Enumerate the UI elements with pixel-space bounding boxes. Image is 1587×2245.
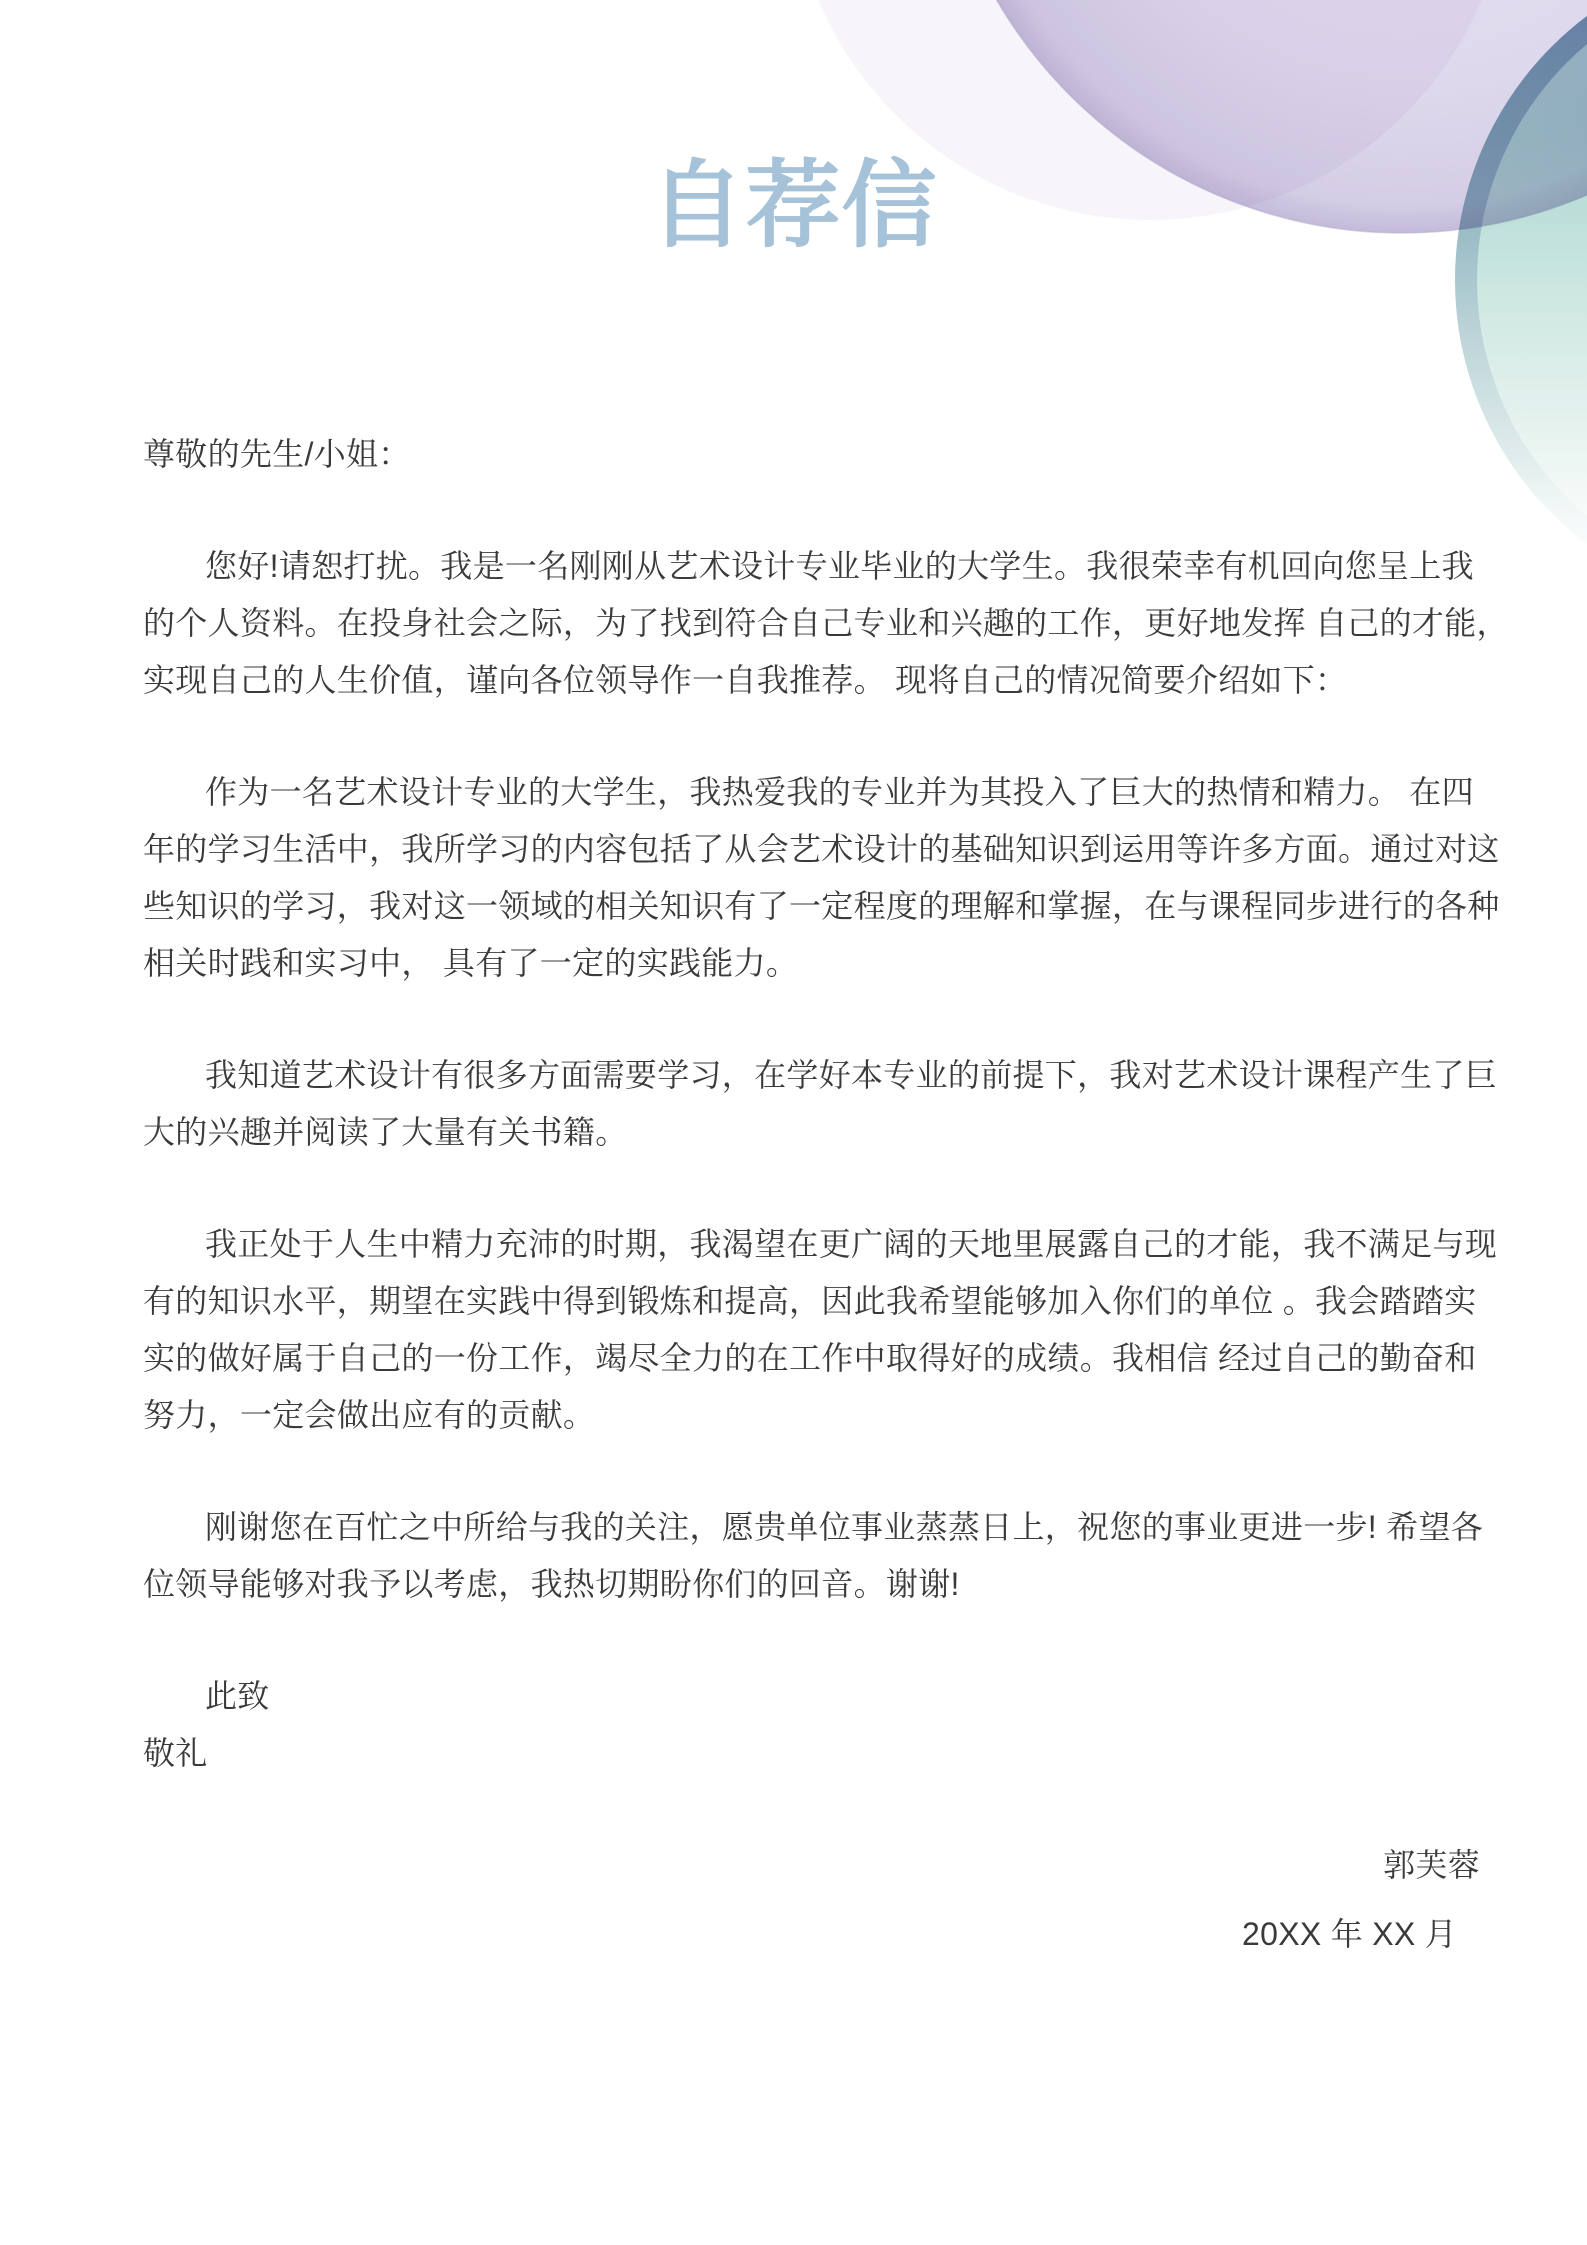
paragraph-line: 有的知识水平，期望在实践中得到锻炼和提高，因此我希望能够加入你们的单位 。我会踏… [143, 1273, 1480, 1330]
paragraph-line: 实现自己的人生价值，谨向各位领导作一自我推荐。 现将自己的情况简要介绍如下： [143, 652, 1480, 709]
paragraph-line: 我正处于人生中精力充沛的时期，我渴望在更广阔的天地里展露自己的才能，我不满足与现 [143, 1216, 1480, 1273]
teal-circle-rim [1466, 0, 1587, 599]
paragraph-line: 年的学习生活中，我所学习的内容包括了从会艺术设计的基础知识到运用等许多方面。通过… [143, 821, 1480, 878]
signature-name: 郭芙蓉 [143, 1837, 1480, 1894]
paragraph-line: 作为一名艺术设计专业的大学生，我热爱我的专业并为其投入了巨大的热情和精力。 在四 [143, 764, 1480, 821]
paragraph-line: 位领导能够对我予以考虑，我热切期盼你们的回音。谢谢! [143, 1556, 1480, 1613]
paragraph-line: 您好!请恕打扰。我是一名刚刚从艺术设计专业毕业的大学生。我很荣幸有机回向您呈上我 [143, 538, 1480, 595]
paragraph-line: 相关时践和实习中， 具有了一定的实践能力。 [143, 935, 1480, 992]
closing: 此致 敬礼 [143, 1668, 1480, 1782]
paragraph-line: 实的做好属于自己的一份工作，竭尽全力的在工作中取得好的成绩。我相信 经过自己的勤… [143, 1330, 1480, 1387]
letter-body: 尊敬的先生/小姐： 您好!请恕打扰。我是一名刚刚从艺术设计专业毕业的大学生。我很… [143, 426, 1480, 1963]
paragraph-1: 您好!请恕打扰。我是一名刚刚从艺术设计专业毕业的大学生。我很荣幸有机回向您呈上我… [143, 538, 1480, 709]
paragraph-2: 作为一名艺术设计专业的大学生，我热爱我的专业并为其投入了巨大的热情和精力。 在四… [143, 764, 1480, 992]
paragraph-line: 的个人资料。在投身社会之际，为了找到符合自己专业和兴趣的工作，更好地发挥 自己的… [143, 595, 1480, 652]
signature-date: 20XX 年 XX 月 [143, 1906, 1480, 1963]
paragraph-line: 刚谢您在百忙之中所给与我的关注，愿贵单位事业蒸蒸日上，祝您的事业更进一步! 希望… [143, 1499, 1480, 1556]
paragraph-3: 我知道艺术设计有很多方面需要学习，在学好本专业的前提下，我对艺术设计课程产生了巨… [143, 1047, 1480, 1161]
paragraph-line: 努力，一定会做出应有的贡献。 [143, 1387, 1480, 1444]
paragraph-line: 大的兴趣并阅读了大量有关书籍。 [143, 1104, 1480, 1161]
signature-block: 郭芙蓉 20XX 年 XX 月 [143, 1837, 1480, 1963]
paragraph-4: 我正处于人生中精力充沛的时期，我渴望在更广阔的天地里展露自己的才能，我不满足与现… [143, 1216, 1480, 1444]
paragraph-line: 我知道艺术设计有很多方面需要学习，在学好本专业的前提下，我对艺术设计课程产生了巨 [143, 1047, 1480, 1104]
paragraph-line: 些知识的学习，我对这一领域的相关知识有了一定程度的理解和掌握，在与课程同步进行的… [143, 878, 1480, 935]
salutation: 尊敬的先生/小姐： [143, 426, 1480, 483]
closing-jingli: 敬礼 [143, 1725, 1480, 1782]
paragraph-5: 刚谢您在百忙之中所给与我的关注，愿贵单位事业蒸蒸日上，祝您的事业更进一步! 希望… [143, 1499, 1480, 1613]
salutation-line: 尊敬的先生/小姐： [143, 426, 1480, 483]
closing-cizhi: 此致 [143, 1668, 1480, 1725]
letter-title: 自荐信 [0, 152, 1587, 261]
